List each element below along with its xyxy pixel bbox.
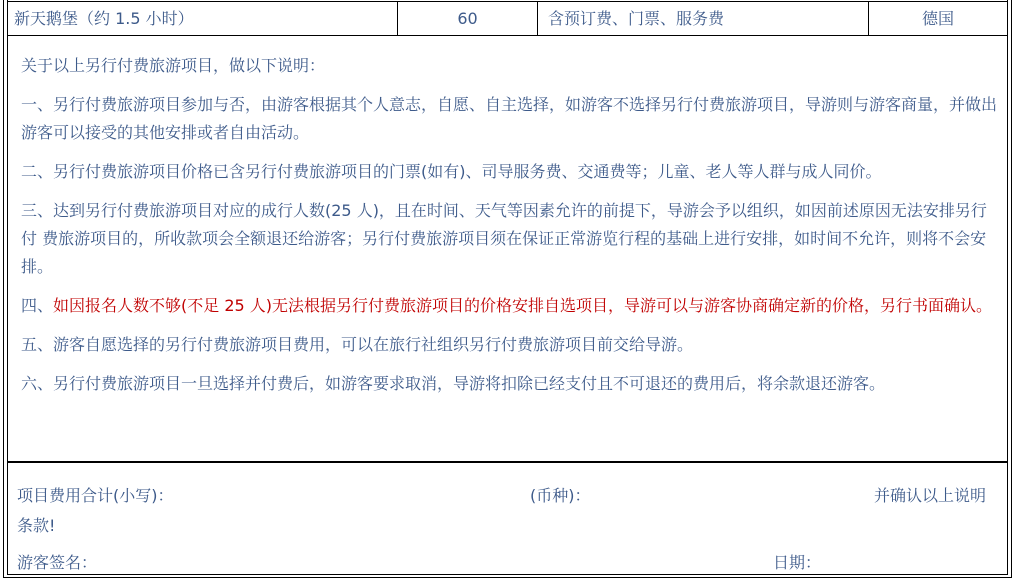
note-item-5: 五、游客自愿选择的另行付费旅游项目费用，可以在旅行社组织另行付费旅游项目前交给导…: [21, 331, 1001, 359]
note-item-4-text: 如因报名人数不够(不足 25 人)无法根据另行付费旅游项目的价格安排自选项目，导…: [53, 296, 992, 315]
note-item-6: 六、另行付费旅游项目一旦选择并付费后，如游客要求取消，导游将扣除已经支付且不可退…: [21, 370, 1001, 398]
signature-label: 游客签名：: [17, 550, 97, 573]
includes-cell: 含预订费、门票、服务费: [538, 2, 869, 35]
date-label: 日期：: [773, 550, 821, 573]
notes-section: 关于以上另行付费旅游项目，做以下说明： 一、另行付费旅游项目参加与否，由游客根据…: [21, 52, 1001, 409]
notes-intro: 关于以上另行付费旅游项目，做以下说明：: [21, 52, 1001, 80]
confirm-text: 并确认以上说明: [874, 483, 986, 506]
total-label: 项目费用合计(小写)：: [17, 483, 174, 506]
note-item-3: 三、达到另行付费旅游项目对应的成行人数(25 人)，且在时间、天气等因素允许的前…: [21, 197, 1001, 281]
note-item-4: 四、如因报名人数不够(不足 25 人)无法根据另行付费旅游项目的价格安排自选项目…: [21, 292, 1001, 320]
note-item-2: 二、另行付费旅游项目价格已含另行付费旅游项目的门票(如有)、司导服务费、交通费等…: [21, 158, 1001, 186]
section-divider: [7, 461, 1007, 463]
price-cell: 60: [398, 2, 538, 35]
table-row: 新天鹅堡（约 1.5 小时） 60 含预订费、门票、服务费 德国: [7, 1, 1007, 36]
note-item-4-prefix: 四、: [21, 296, 53, 315]
currency-label: (币种)：: [530, 483, 591, 506]
item-name-cell: 新天鹅堡（约 1.5 小时）: [7, 2, 398, 35]
country-cell: 德国: [869, 2, 1007, 35]
confirm-text-continued: 条款!: [17, 513, 55, 536]
note-item-1: 一、另行付费旅游项目参加与否，由游客根据其个人意志，自愿、自主选择，如游客不选择…: [21, 91, 1001, 147]
